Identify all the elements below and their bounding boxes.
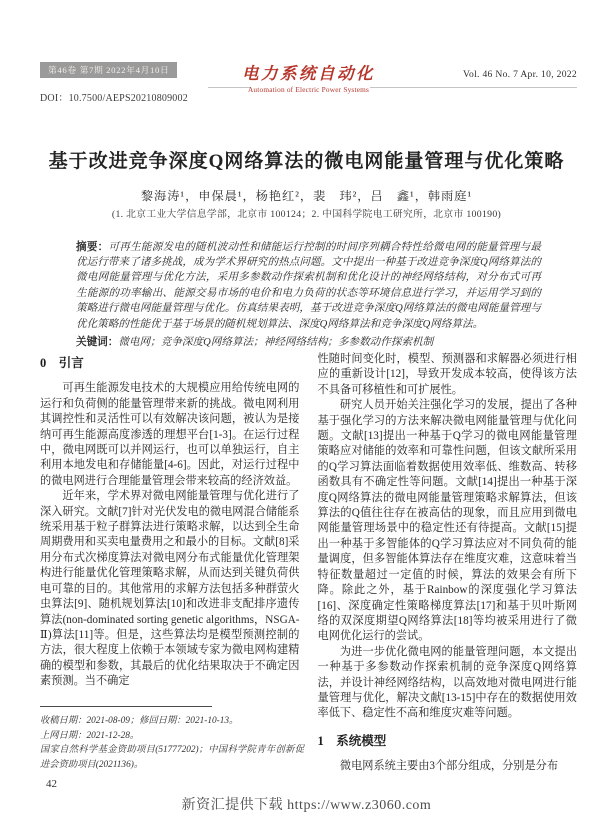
keywords-label: 关键词：: [76, 337, 118, 348]
header-rule-right: [370, 87, 577, 88]
page-number: 42: [46, 778, 57, 790]
intro-paragraph-3: 性随时间变化时，模型、预测器和求解器必须进行相应的重新设计[12]，导致开发成本…: [318, 352, 578, 398]
authors-line: 黎海涛¹，申保晨¹，杨艳红²，裴 玮²，吕 鑫¹，韩雨庭¹: [0, 187, 613, 204]
journal-header: 第46卷 第7期 2022年4月10日 DOI：10.7500/AEPS2021…: [40, 60, 577, 110]
watermark: 新资汇提供下载 https://www.z3060.com: [0, 794, 613, 814]
intro-paragraph-2: 近年来，学术界对微电网能量管理与优化进行了深入研究。文献[7]针对光伏发电的微电…: [40, 489, 300, 689]
paper-title: 基于改进竞争深度Q网络算法的微电网能量管理与优化策略: [0, 146, 613, 173]
keywords-text: 微电网；竞争深度Q网络算法；神经网络结构；多参数动作探索机制: [118, 337, 433, 348]
journal-page: 第46卷 第7期 2022年4月10日 DOI：10.7500/AEPS2021…: [0, 0, 613, 825]
footnote-received-date: 收稿日期：2021-08-09；修回日期：2021-10-13。: [40, 714, 304, 729]
intro-paragraph-4: 研究人员开始关注强化学习的发展，提出了各种基于强化学习的方法来解决微电网能量管理…: [318, 398, 578, 645]
abstract-block: 摘要：可再生能源发电的随机波动性和储能运行控制的时间序列耦合特性给微电网的能量管…: [76, 240, 541, 332]
volume-info: Vol. 46 No. 7 Apr. 10, 2022: [463, 69, 577, 80]
abstract-text: 可再生能源发电的随机波动性和储能运行控制的时间序列耦合特性给微电网的能量管理与最…: [76, 242, 541, 330]
section-heading-1: 1 系统模型: [318, 734, 578, 749]
right-column: 性随时间变化时，模型、预测器和求解器必须进行相应的重新设计[12]，导致开发成本…: [318, 352, 578, 775]
issue-badge: 第46卷 第7期 2022年4月10日: [40, 62, 177, 78]
doi-text: DOI：10.7500/AEPS20210809002: [40, 89, 188, 104]
journal-logo-en: Automation of Electric Power Systems: [242, 85, 375, 94]
footnote-online-date: 上网日期：2021-12-28。: [40, 729, 304, 744]
keywords-block: 关键词：微电网；竞争深度Q网络算法；神经网络结构；多参数动作探索机制: [76, 335, 541, 350]
abstract-label: 摘要：: [76, 242, 108, 253]
system-model-paragraph: 微电网系统主要由3个部分组成，分别是分布: [318, 759, 578, 774]
intro-paragraph-1: 可再生能源发电技术的大规模应用给传统电网的运行和负荷侧的能量管理带来新的挑战。微…: [40, 381, 300, 489]
intro-paragraph-5: 为进一步优化微电网的能量管理问题，本文提出一种基于多参数动作探索机制的竞争深度Q…: [318, 645, 578, 722]
affiliation-line: (1. 北京工业大学信息学部，北京市 100124；2. 中国科学院电工研究所，…: [0, 206, 613, 220]
footnote-block: 收稿日期：2021-08-09；修回日期：2021-10-13。 上网日期：20…: [40, 706, 304, 772]
section-heading-0: 0 引言: [40, 356, 300, 371]
journal-logo: 电力系统自动化 Automation of Electric Power Sys…: [242, 60, 375, 94]
footnote-funding: 国家自然科学基金资助项目(51777202)；中国科学院青年创新促进会资助项目(…: [40, 743, 304, 772]
footnote-divider: [40, 706, 212, 707]
journal-logo-cn: 电力系统自动化: [242, 60, 375, 84]
